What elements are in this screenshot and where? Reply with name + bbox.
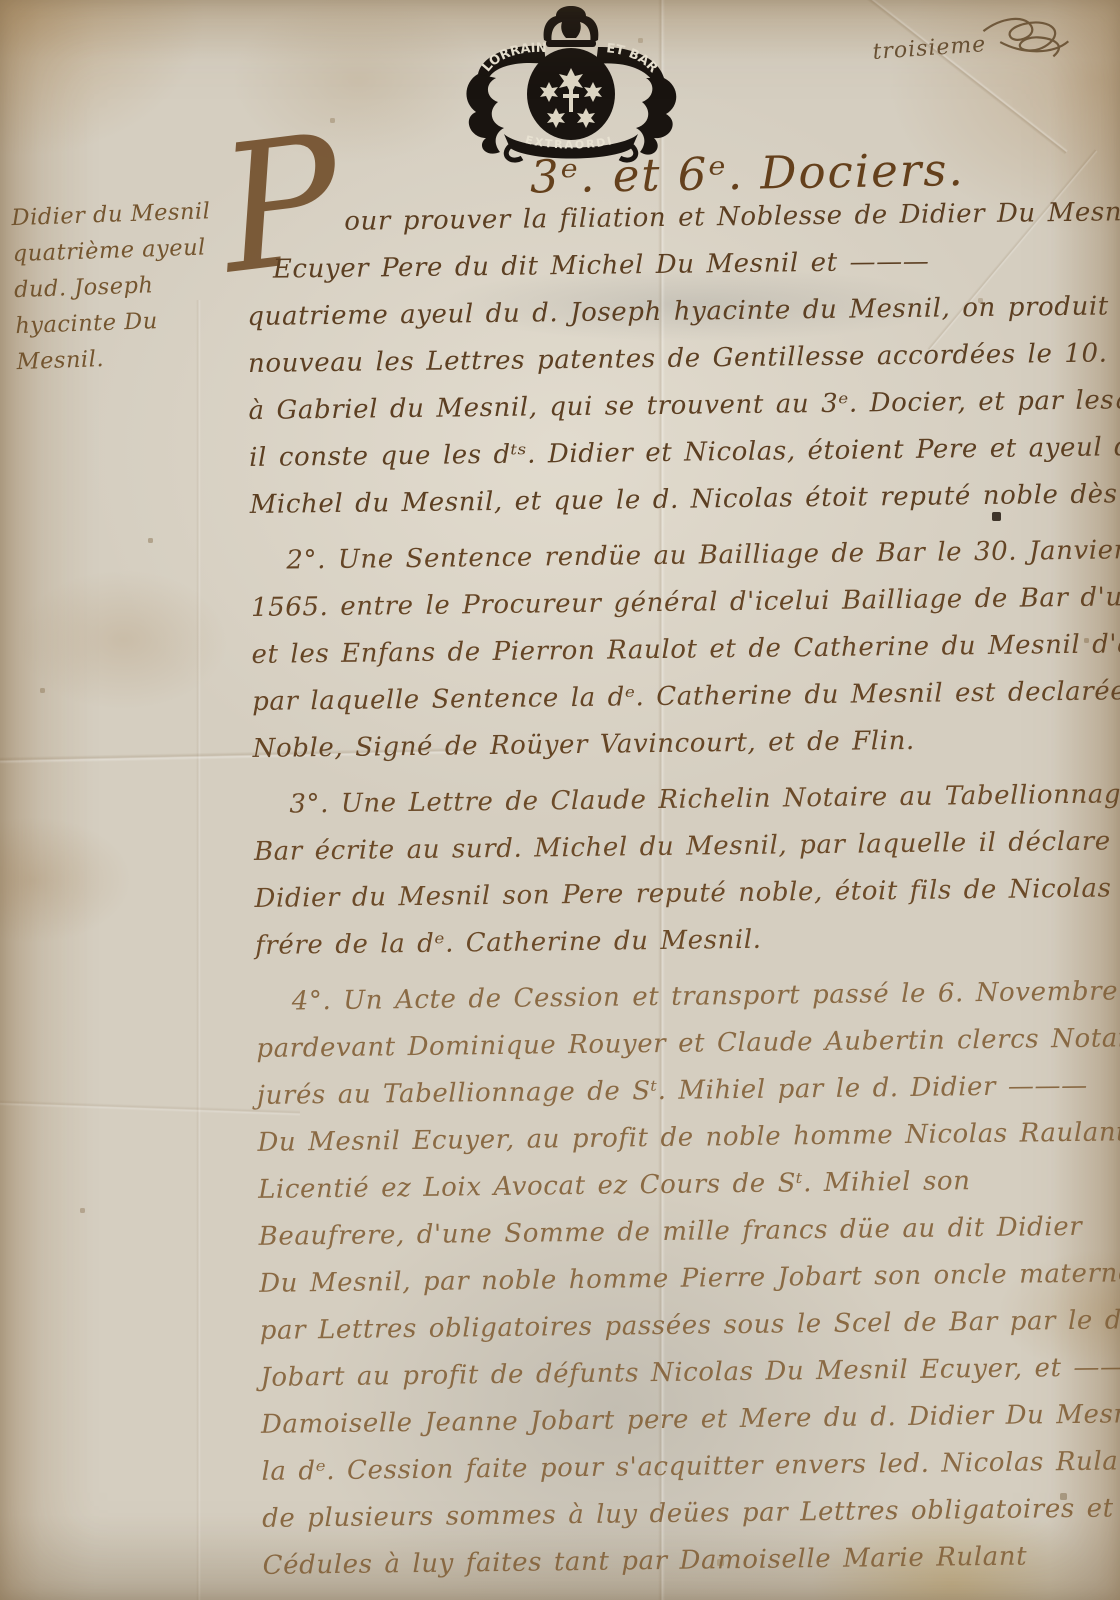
paragraph-3-lettre: 3°. Une Lettre de Claude Richelin Notair… [253,771,1120,970]
manuscript-line: Cédules à luy faites tant par Damoiselle… [262,1532,1120,1590]
manuscript-line: Noble, Signé de Roüyer Vavincourt, et de… [252,715,1120,773]
margin-note-line: hyacinte Du Mesnil. [15,300,253,380]
crown-icon [544,6,599,44]
corner-annotation-text: troisieme [872,32,987,65]
manuscript-line: Michel du Mesnil, et que le d. Nicolas é… [249,471,1118,529]
stamp-ribbon-left-text: LORRAINE [452,6,547,75]
horizontal-crease [0,1100,300,1116]
svg-text:LORRAINE: LORRAINE [452,6,547,75]
flourish-icon [980,7,1073,65]
ink-specks [0,0,1,1]
coat-of-arms-stamp: LORRAINE ET BAR EXTRAORDI [452,6,690,164]
paragraph-1-lettres-patentes: our prouver la filiation et Noblesse de … [246,189,1118,529]
manuscript-line: frére de la dᵉ. Catherine du Mesnil. [255,912,1120,970]
manuscript-page: troisieme [0,0,1120,1600]
margin-annotation: Didier du Mesnil quatrième ayeul dud. Jo… [11,192,253,380]
manuscript-body: our prouver la filiation et Noblesse de … [246,189,1120,1599]
vertical-crease [196,300,201,1600]
paragraph-4-acte-cession: 4°. Un Acte de Cession et transport pass… [256,968,1120,1590]
corner-annotation: troisieme [870,7,1073,73]
paragraph-2-sentence: 2°. Une Sentence rendüe au Bailliage de … [250,527,1120,773]
